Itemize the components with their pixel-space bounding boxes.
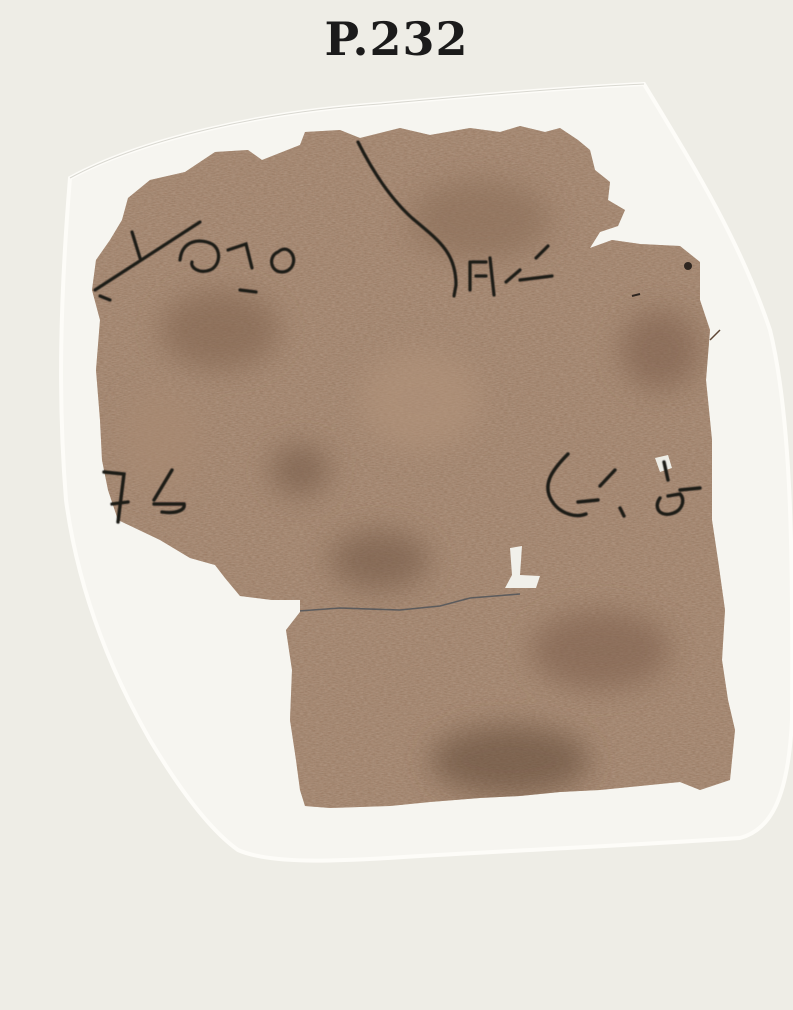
papyrus-plate-scene [0, 0, 793, 1010]
